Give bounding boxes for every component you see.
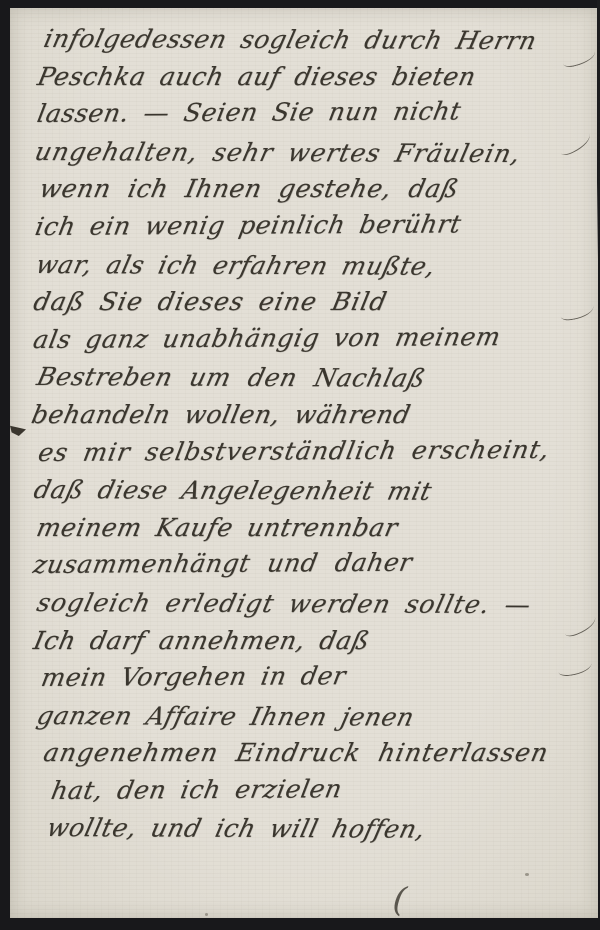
handwritten-line: angenehmen Eindruck hinterlassen [40,734,600,772]
handwritten-line: infolgedessen sogleich durch Herrn [40,20,600,60]
handwritten-line: zusammenhängt und daher [30,543,600,584]
handwritten-line: lassen. — Seien Sie nun nicht [34,92,600,133]
handwritten-line: daß diese Angelegenheit mit [30,471,600,511]
letter-page: infolgedessen sogleich durch Herrn Pesch… [10,8,598,918]
stray-pen-mark: ( [391,879,408,920]
handwriting-text-block: infolgedessen sogleich durch Herrn Pesch… [28,20,593,847]
handwritten-line: Ich darf annehmen, daß [30,622,600,660]
letter-scan-photo: infolgedessen sogleich durch Herrn Pesch… [0,0,600,930]
handwritten-line: behandeln wollen, während [28,396,600,434]
handwritten-line: meinem Kaufe untrennbar [33,509,600,547]
paper-speck [525,873,529,876]
handwritten-line: es mir selbstverständlich erscheint, [35,430,600,471]
handwritten-line: Bestreben um den Nachlaß [33,358,600,398]
handwritten-line: hat, den ich erzielen [48,769,600,810]
paper-speck [205,913,208,916]
handwritten-line: mein Vorgehen in der [38,656,600,697]
handwritten-line: ich ein wenig peinlich berührt [32,205,600,246]
handwritten-line: ungehalten, sehr wertes Fräulein, [31,133,600,173]
handwritten-line: daß Sie dieses eine Bild [30,283,600,321]
handwritten-line: wenn ich Ihnen gestehe, daß [36,170,600,208]
ink-blot-mark [10,424,26,436]
handwritten-line: war, als ich erfahren mußte, [32,246,600,286]
handwritten-line: sogleich erledigt werden sollte. — [33,584,600,624]
handwritten-line: als ganz unabhängig von meinem [30,317,600,358]
handwritten-line: wollte, und ich will hoffen, [43,809,600,849]
handwritten-line: Peschka auch auf dieses bieten [34,58,600,96]
handwritten-line: ganzen Affaire Ihnen jenen [33,697,600,737]
